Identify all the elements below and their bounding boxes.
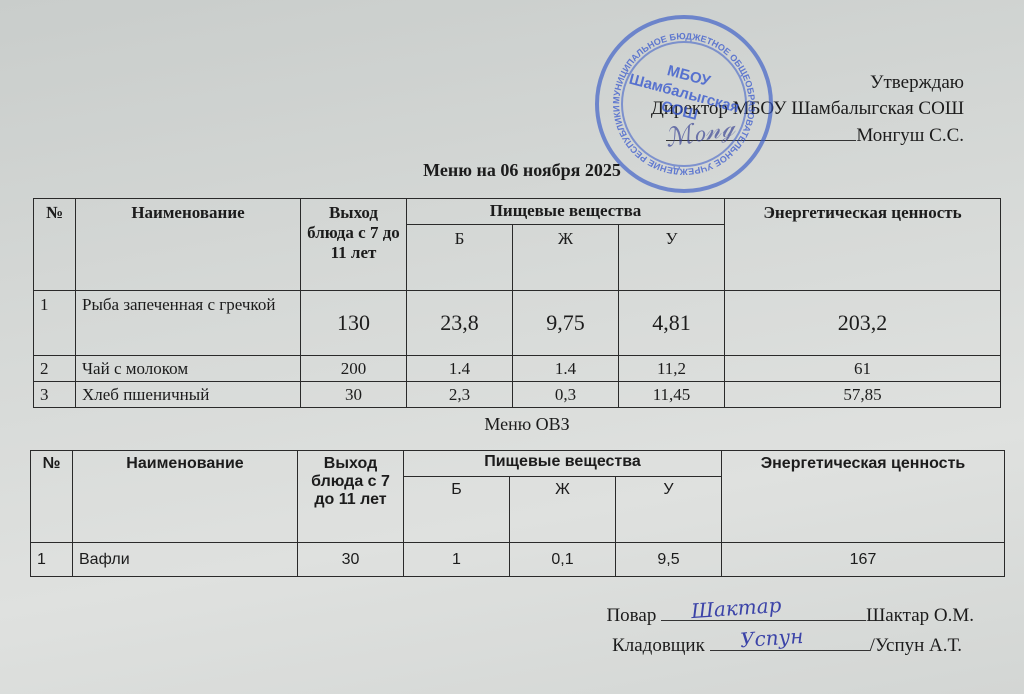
header-fat: Ж bbox=[510, 477, 616, 543]
header-nutrients: Пищевые вещества bbox=[404, 451, 722, 477]
storekeeper-name: /Успун А.Т. bbox=[870, 635, 962, 656]
table-row: 1 Вафли 30 1 0,1 9,5 167 bbox=[31, 543, 1005, 577]
cell-no: 2 bbox=[34, 356, 76, 382]
signature-line bbox=[666, 122, 856, 141]
ovz-menu-title: Меню ОВЗ bbox=[0, 414, 1024, 435]
header-nutrients: Пищевые вещества bbox=[407, 199, 725, 225]
cell-energy: 203,2 bbox=[725, 291, 1001, 356]
menu-title: Меню на 06 ноября 2025 bbox=[0, 160, 1024, 181]
cell-protein: 23,8 bbox=[407, 291, 513, 356]
cell-carbs: 4,81 bbox=[619, 291, 725, 356]
approval-signer: Монгуш С.С. bbox=[856, 125, 964, 146]
header-output: Выход блюда с 7 до 11 лет bbox=[301, 199, 407, 291]
cook-name: Шактар О.М. bbox=[866, 605, 974, 626]
cell-no: 1 bbox=[31, 543, 73, 577]
cell-fat: 1.4 bbox=[513, 356, 619, 382]
header-protein: Б bbox=[407, 225, 513, 291]
header-carbs: У bbox=[619, 225, 725, 291]
approval-signature-row: Монгуш С.С. bbox=[651, 122, 964, 149]
approval-block: Утверждаю Директор МБОУ Шамбалыгская СОШ… bbox=[651, 70, 964, 149]
cell-fat: 0,1 bbox=[510, 543, 616, 577]
cell-fat: 9,75 bbox=[513, 291, 619, 356]
cell-protein: 1.4 bbox=[407, 356, 513, 382]
cell-name: Хлеб пшеничный bbox=[76, 382, 301, 408]
cell-protein: 1 bbox=[404, 543, 510, 577]
cell-energy: 57,85 bbox=[725, 382, 1001, 408]
table-row: 2 Чай с молоком 200 1.4 1.4 11,2 61 bbox=[34, 356, 1001, 382]
cell-fat: 0,3 bbox=[513, 382, 619, 408]
storekeeper-label: Кладовщик bbox=[612, 635, 705, 656]
header-output: Выход блюда с 7 до 11 лет bbox=[298, 451, 404, 543]
header-energy: Энергетическая ценность bbox=[722, 451, 1005, 543]
cell-output: 30 bbox=[301, 382, 407, 408]
ovz-menu-table: № Наименование Выход блюда с 7 до 11 лет… bbox=[30, 450, 1005, 577]
header-no: № bbox=[31, 451, 73, 543]
cell-name: Рыба запеченная с гречкой bbox=[76, 291, 301, 356]
cook-label: Повар bbox=[606, 605, 656, 626]
signatures-block: Повар Шактар Шактар О.М. Кладовщик Успун… bbox=[606, 600, 974, 660]
header-carbs: У bbox=[616, 477, 722, 543]
storekeeper-signature-row: Кладовщик Успун /Успун А.Т. bbox=[606, 630, 962, 660]
header-energy: Энергетическая ценность bbox=[725, 199, 1001, 291]
cell-no: 3 bbox=[34, 382, 76, 408]
header-no: № bbox=[34, 199, 76, 291]
cell-output: 130 bbox=[301, 291, 407, 356]
cook-signature-line: Шактар bbox=[661, 600, 866, 621]
cell-protein: 2,3 bbox=[407, 382, 513, 408]
table-row: 3 Хлеб пшеничный 30 2,3 0,3 11,45 57,85 bbox=[34, 382, 1001, 408]
cell-carbs: 11,2 bbox=[619, 356, 725, 382]
header-protein: Б bbox=[404, 477, 510, 543]
cell-carbs: 9,5 bbox=[616, 543, 722, 577]
cell-output: 30 bbox=[298, 543, 404, 577]
cell-energy: 167 bbox=[722, 543, 1005, 577]
header-name: Наименование bbox=[73, 451, 298, 543]
header-name: Наименование bbox=[76, 199, 301, 291]
cell-no: 1 bbox=[34, 291, 76, 356]
menu-table: № Наименование Выход блюда с 7 до 11 лет… bbox=[33, 198, 1001, 408]
approval-title: Утверждаю bbox=[651, 70, 964, 96]
storekeeper-signature-line: Успун bbox=[710, 630, 870, 651]
cell-name: Вафли bbox=[73, 543, 298, 577]
storekeeper-handwritten-signature: Успун bbox=[739, 622, 804, 654]
cell-energy: 61 bbox=[725, 356, 1001, 382]
table-row: 1 Рыба запеченная с гречкой 130 23,8 9,7… bbox=[34, 291, 1001, 356]
cell-carbs: 11,45 bbox=[619, 382, 725, 408]
cook-handwritten-signature: Шактар bbox=[690, 591, 782, 625]
approval-position: Директор МБОУ Шамбалыгская СОШ bbox=[651, 96, 964, 122]
header-fat: Ж bbox=[513, 225, 619, 291]
cell-name: Чай с молоком bbox=[76, 356, 301, 382]
cell-output: 200 bbox=[301, 356, 407, 382]
